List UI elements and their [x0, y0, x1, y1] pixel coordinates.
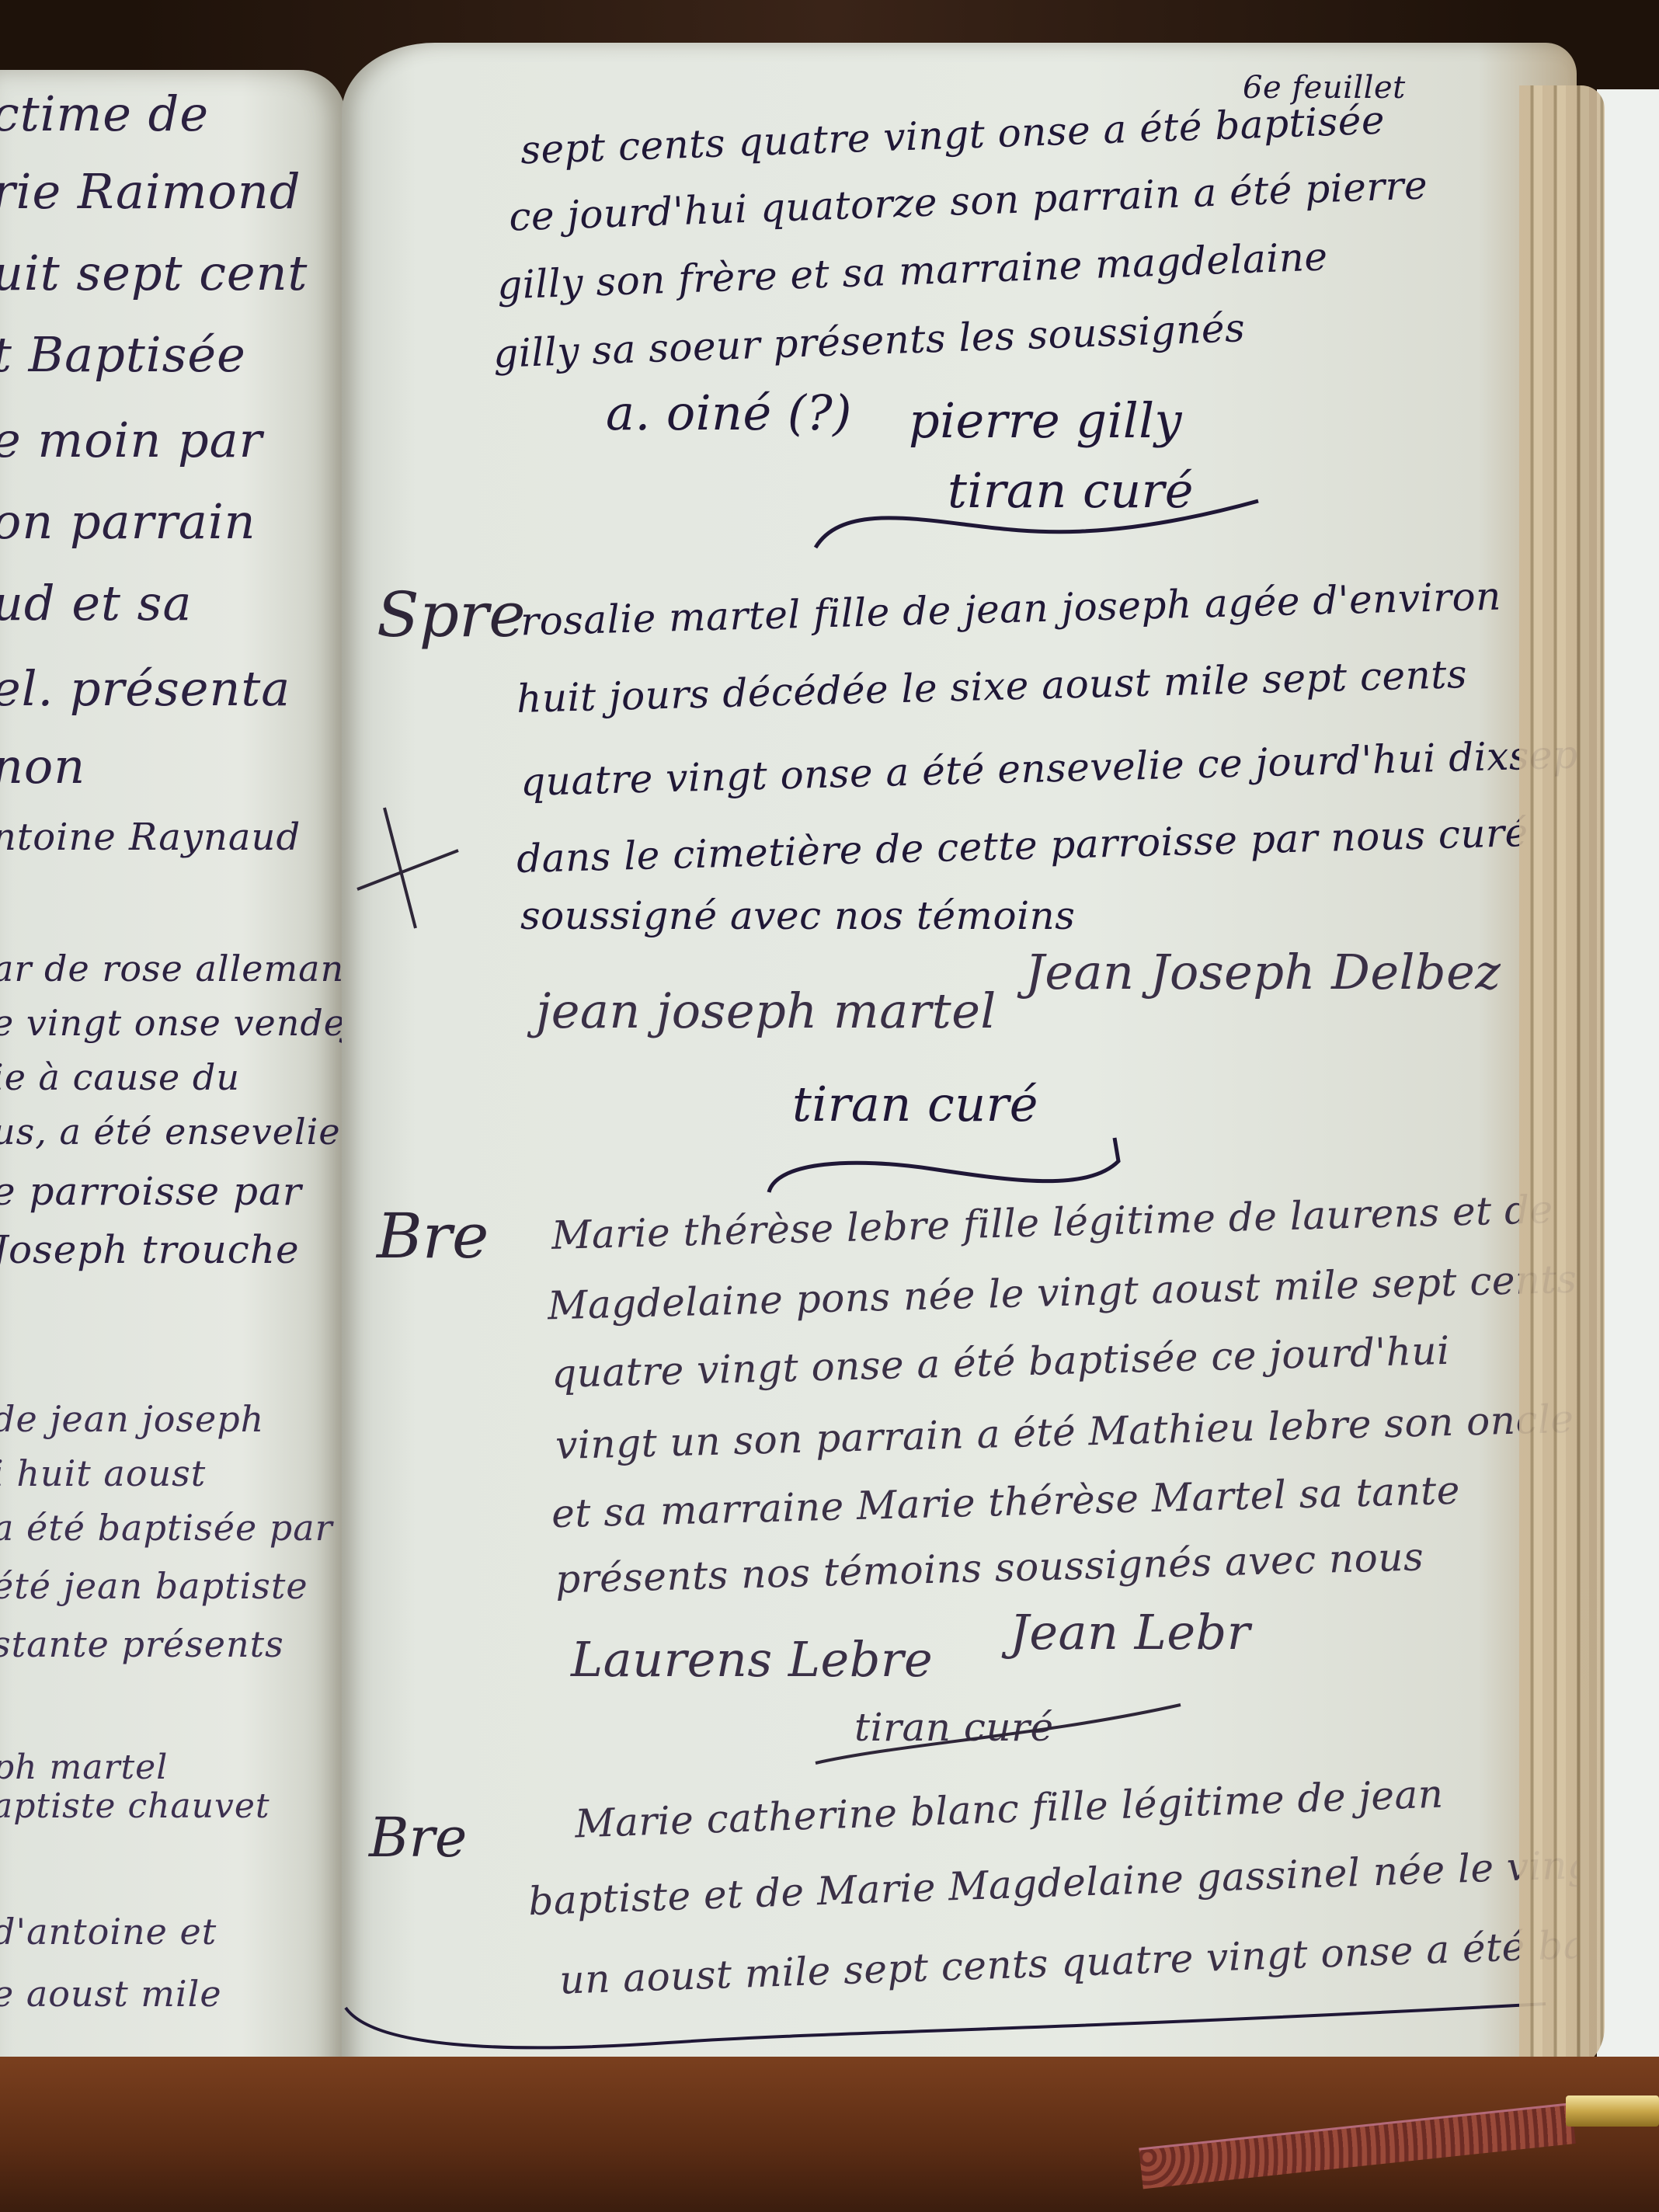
- left-line: ctime de: [0, 85, 209, 142]
- entry-line: dans le cimetière de cette parroisse par…: [516, 810, 1529, 882]
- entry-line: gilly son frère et sa marraine magdelain…: [496, 234, 1328, 308]
- left-line: ud et sa: [0, 575, 192, 631]
- entry-line: Marie catherine blanc fille légitime de …: [574, 1771, 1444, 1846]
- entry-line: et sa marraine Marie thérèse Martel sa t…: [551, 1468, 1460, 1537]
- left-line: uit sept cent: [0, 245, 308, 301]
- left-line: t Baptisée: [0, 326, 246, 383]
- signature: Jean Lebr: [1010, 1604, 1250, 1661]
- left-line: el. présenta: [0, 660, 290, 717]
- signature: Laurens Lebre: [571, 1631, 933, 1688]
- signature: jean joseph martel: [536, 983, 996, 1039]
- entry-line: sept cents quatre vingt onse a été bapti…: [520, 98, 1386, 173]
- signature-flourish-icon: [761, 1115, 1165, 1200]
- left-line: e moin par: [0, 412, 263, 468]
- entry-line: soussigné avec nos témoins: [520, 893, 1075, 938]
- signature: a. oiné (?): [606, 384, 852, 441]
- left-page: ctime de rie Raimond uit sept cent t Bap…: [0, 70, 346, 2113]
- margin-note-baptism: Bre: [377, 1200, 489, 1272]
- entry-line: quatre vingt onse a été baptisée ce jour…: [551, 1328, 1450, 1396]
- backing-card: [1597, 89, 1659, 2078]
- left-line: e aoust mile: [0, 1973, 222, 2015]
- entry-line: gilly sa soeur présents les soussignés: [492, 305, 1246, 377]
- entry-line: présents nos témoins soussignés avec nou…: [555, 1534, 1424, 1602]
- right-page: 6e feuillet sept cents quatre vingt onse…: [342, 43, 1577, 2155]
- entry-line: ce jourd'hui quatorze son parrain a été …: [508, 162, 1428, 239]
- left-line: stante présents: [0, 1623, 284, 1665]
- signature-flourish-icon: [808, 485, 1274, 555]
- left-line: ar de rose allemand: [0, 948, 346, 989]
- left-line: us, a été ensevelie: [0, 1111, 341, 1153]
- entry-line: quatre vingt onse a été ensevelie ce jou…: [520, 732, 1577, 805]
- entry-line: vingt un son parrain a été Mathieu lebre…: [555, 1396, 1574, 1468]
- left-line: e parroisse par: [0, 1169, 302, 1214]
- cross-mark-icon: [353, 804, 462, 936]
- entry-line: rosalie martel fille de jean joseph agée…: [520, 573, 1501, 644]
- left-line: été jean baptiste: [0, 1565, 308, 1607]
- left-line: ie à cause du: [0, 1056, 240, 1098]
- signature: pierre gilly: [909, 392, 1182, 449]
- left-line: e vingt onse vendejo: [0, 1002, 346, 1044]
- brass-clasp: [1566, 2095, 1659, 2127]
- left-line: ntoine Raynaud: [0, 816, 301, 859]
- left-line: de jean joseph: [0, 1398, 264, 1440]
- left-line: i huit aoust: [0, 1452, 206, 1494]
- entry-line: un aoust mile sept cents quatre vingt on…: [558, 1918, 1577, 2003]
- margin-note-baptism: Bre: [369, 1806, 467, 1869]
- entry-line: huit jours décédée le sixe aoust mile se…: [516, 652, 1467, 722]
- entry-line: baptiste et de Marie Magdelaine gassinel…: [527, 1842, 1577, 1925]
- left-line: non: [0, 738, 85, 795]
- signature-flourish-icon: [808, 1697, 1212, 1767]
- left-line: a été baptisée par: [0, 1507, 333, 1549]
- left-line: ph martel: [0, 1748, 168, 1787]
- left-line: d'antoine et: [0, 1911, 217, 1953]
- closing-rule-icon: [342, 2000, 1553, 2062]
- margin-note-burial: Spre: [377, 579, 526, 651]
- left-line: on parrain: [0, 493, 256, 550]
- left-line: rie Raimond: [0, 163, 301, 220]
- signature: Jean Joseph Delbez: [1025, 944, 1501, 1000]
- entry-line: Magdelaine pons née le vingt aoust mile …: [547, 1257, 1577, 1329]
- left-line: Joseph trouche: [0, 1227, 300, 1272]
- page-edges: [1519, 85, 1605, 2074]
- left-line: aptiste chauvet: [0, 1786, 270, 1826]
